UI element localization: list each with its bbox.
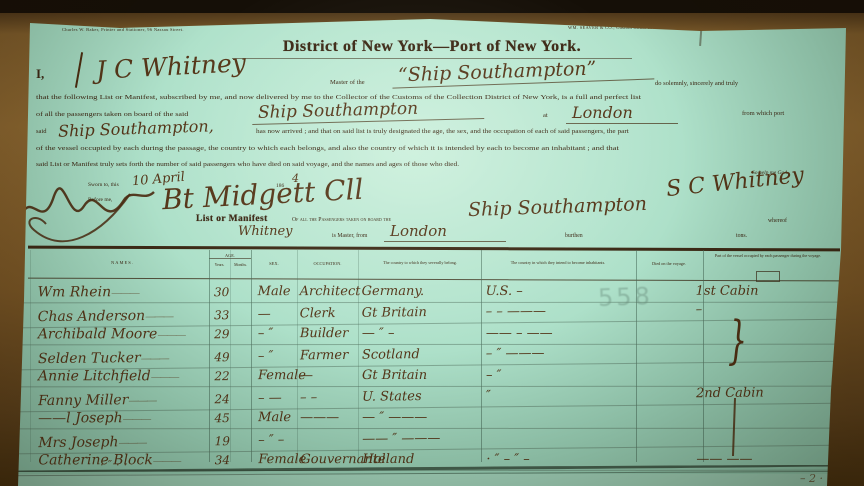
- cell-age: 49: [211, 347, 233, 367]
- cell-name: Wm Rhein: [38, 282, 138, 303]
- cell-age: 33: [211, 305, 233, 325]
- cell-sex: Male: [258, 408, 291, 428]
- cell-occupation: Clerk: [300, 304, 336, 324]
- master-of-label: Master of the: [330, 79, 365, 86]
- cell-country: —— ″ ———: [362, 429, 440, 450]
- vessel-name-script-line3: Ship Southampton,: [58, 116, 214, 140]
- manifest-subtitle: Of all the Passengers taken on board the: [292, 217, 391, 223]
- cell-occupation: —: [300, 366, 313, 386]
- cell-sex: – ″ –: [258, 431, 284, 451]
- burthen-label: burthen: [565, 233, 583, 239]
- cell-occupation: Farmer: [300, 346, 349, 367]
- cell-age: 19: [211, 431, 233, 451]
- column-header-occupation: OCCUPATION.: [297, 261, 358, 266]
- cell-part-of-vessel: 2nd Cabin: [696, 384, 764, 405]
- tons-label: tons.: [736, 233, 747, 239]
- cell-occupation: ———: [300, 408, 339, 428]
- cell-age: 29: [211, 324, 233, 344]
- cell-occupation: Architect: [300, 282, 361, 302]
- whereof-label: whereof: [768, 218, 787, 224]
- column-header-names: NAMES.: [40, 260, 205, 266]
- cell-intended-country: ″: [486, 386, 491, 406]
- cell-sex: Female: [258, 366, 306, 386]
- cell-occupation: Builder: [300, 324, 349, 344]
- cell-name: ——l Joseph: [38, 408, 149, 429]
- cell-sex: —: [258, 305, 271, 325]
- brace-mark: }: [728, 312, 747, 372]
- imprint-right: WM. SEAVER & CO., Custom House Brokers a…: [568, 25, 741, 30]
- pen-check-mark: [75, 52, 83, 88]
- cell-sex: – ″: [258, 324, 274, 344]
- vessel-name-script-line2: Ship Southampton: [252, 97, 484, 125]
- cell-country: Scotland: [362, 345, 420, 366]
- cell-country: U. States: [362, 387, 422, 408]
- column-header-part-of-vessel: Part of the vessel occupied by each pass…: [706, 253, 830, 258]
- whitney-script: Whitney: [238, 224, 293, 239]
- oath-lead: do solemnly, sincerely and truly: [655, 80, 738, 87]
- cell-country: — ″ –: [362, 324, 395, 344]
- cell-age: 24: [211, 389, 233, 409]
- vessel-name-script: “Ship Southampton”: [392, 55, 655, 88]
- cell-occupation: – –: [300, 388, 317, 408]
- cell-intended-country: – ″ ———: [486, 344, 545, 365]
- cell-country: Germany.: [362, 282, 425, 302]
- second-sheet-edge: [0, 474, 864, 486]
- imprint-left: Charles W. Baker, Printer and Stationer,…: [62, 27, 184, 32]
- cell-intended-country: – ″: [486, 366, 502, 386]
- cell-part-of-vessel: –: [696, 300, 703, 320]
- cell-age: 34: [211, 450, 233, 470]
- deponent-signature: J C Whitney: [95, 48, 246, 85]
- oath-line-5: said List or Manifest truly sets forth t…: [36, 161, 459, 168]
- cell-country: Gt Britain: [362, 303, 427, 324]
- cell-country: Gt Britain: [362, 366, 427, 386]
- manifest-document: Charles W. Baker, Printer and Stationer,…: [0, 0, 864, 486]
- port-script-manifest-line: London: [384, 222, 506, 242]
- cell-age: 30: [211, 282, 233, 302]
- column-header-died: Died on the voyage.: [637, 261, 701, 266]
- cell-country: — ″ ———: [362, 408, 427, 428]
- collector-signature-scrawl: [12, 172, 172, 252]
- column-header-years: Years.: [209, 263, 230, 268]
- oath-line-2-right: from which port: [742, 110, 784, 117]
- oath-i-label: I,: [36, 66, 44, 82]
- cell-sex: Male: [258, 282, 291, 302]
- cell-sex: – ″: [258, 347, 274, 367]
- column-header-country: The country to which they severally belo…: [361, 260, 479, 265]
- stamp-558: 558: [598, 282, 654, 312]
- port-name-script-line2: London: [566, 103, 678, 124]
- paper-tear-mark: [699, 20, 702, 46]
- cell-intended-country: – – ———: [486, 302, 546, 323]
- cell-name: Annie Litchfield: [38, 366, 178, 387]
- cell-name: Archibald Moore: [38, 324, 185, 345]
- oath-line-4: of the vessel occupied by each during th…: [36, 145, 619, 152]
- oath-line-3-pre: said: [36, 128, 46, 135]
- vessel-script-manifest-line: Ship Southampton: [468, 193, 648, 221]
- second-sheet-marks: – 2 ·: [800, 472, 823, 485]
- cell-age: 45: [211, 408, 233, 428]
- page-title: District of New York—Port of New York.: [232, 38, 632, 59]
- photo-background: Charles W. Baker, Printer and Stationer,…: [0, 0, 864, 486]
- photo-dark-top-edge: [0, 0, 864, 13]
- cell-intended-country: U.S. –: [486, 282, 523, 302]
- cell-intended-country: —— – ——: [486, 324, 553, 344]
- oath-line-2-at: at: [543, 112, 548, 119]
- oath-line-3-post: has now arrived ; and that on said list …: [256, 128, 629, 135]
- cell-sex: – —: [258, 389, 282, 409]
- clerk-signature: Bt Midgett Cll: [161, 173, 364, 217]
- manifest-title: List or Manifest: [196, 214, 268, 224]
- column-header-intend: The country in which they intend to beco…: [483, 260, 633, 265]
- master-signature: S C Whitney: [665, 163, 805, 202]
- column-header-months: Months.: [230, 263, 251, 268]
- cell-age: 22: [211, 366, 233, 386]
- manifest-table: Wm Rhein 30 Male Architect Germany. U.S.…: [0, 280, 864, 473]
- is-master-from-label: is Master, from: [332, 233, 367, 239]
- column-header-sex: SEX.: [251, 261, 297, 267]
